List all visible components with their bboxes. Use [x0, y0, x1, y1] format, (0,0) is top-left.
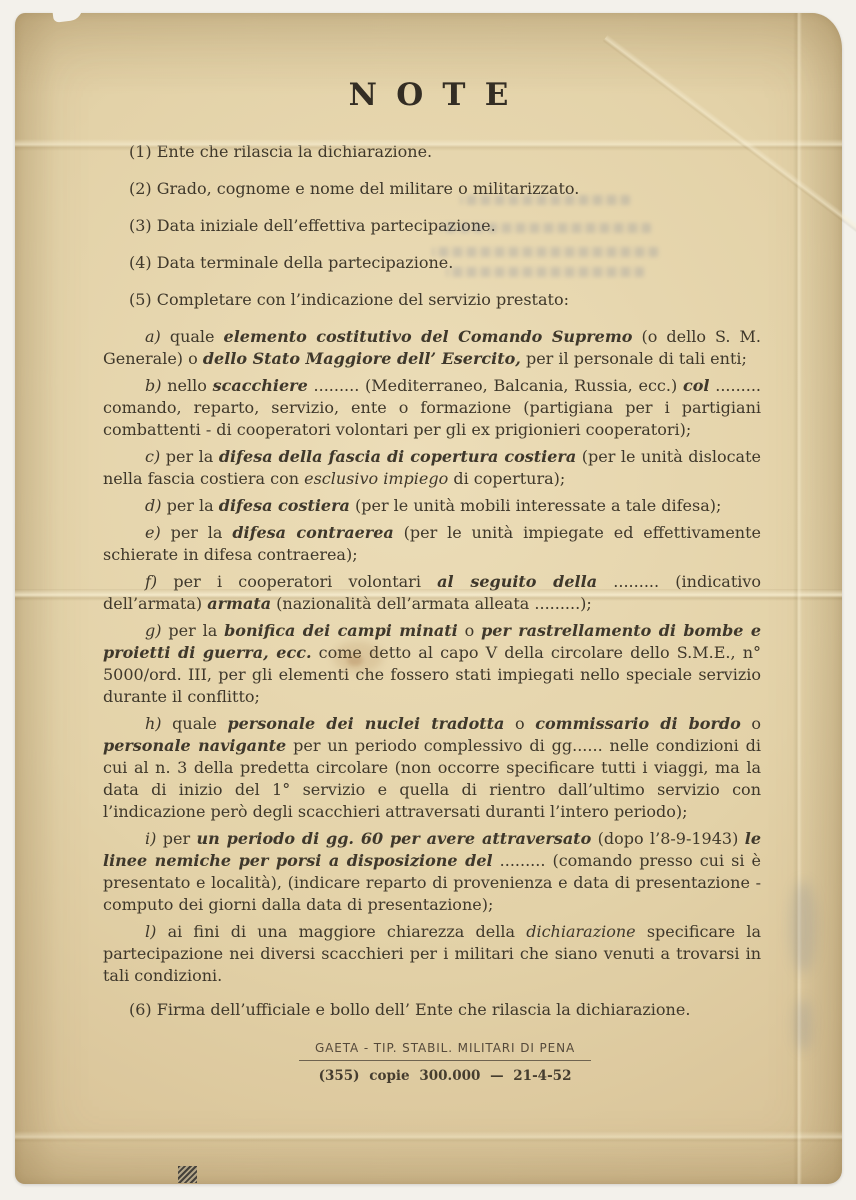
note-item: (4) Data terminale della partecipazione. [103, 252, 761, 274]
note-item: d) per la difesa costiera (per le unità … [103, 495, 761, 517]
note-item: (6) Firma dell’ufficiale e bollo dell’ E… [103, 999, 761, 1021]
note-text-segment: per [163, 829, 197, 848]
note-text-segment: per la [167, 496, 219, 515]
edition-info: (355) copie 300.000 — 21-4-52 [299, 1068, 591, 1084]
note-text-segment: per la [168, 621, 224, 640]
fold-crease [15, 1131, 842, 1143]
note-text-segment: Firma dell’ufficiale e bollo dell’ Ente … [157, 1000, 691, 1019]
note-text-segment: o [458, 621, 481, 640]
note-text-segment: (nazionalità dell’armata alleata .......… [271, 594, 592, 613]
paper-stain [347, 655, 363, 666]
note-label: d) [145, 496, 167, 515]
note-item: (5) Completare con l’indicazione del ser… [103, 289, 761, 311]
note-text-segment: di copertura); [448, 469, 565, 488]
notes-list: (1) Ente che rilascia la dichiarazione.(… [103, 141, 761, 1021]
note-text-segment: un periodo di gg. 60 per avere attravers… [197, 829, 592, 848]
print-footer: GAETA - TIP. STABIL. MILITARI DI PENA (3… [299, 1041, 591, 1084]
note-text-segment: dello Stato Maggiore dell’ Esercito, [203, 349, 521, 368]
printer-imprint: GAETA - TIP. STABIL. MILITARI DI PENA [299, 1041, 591, 1055]
note-label: h) [145, 714, 172, 733]
document-page: NOTE (1) Ente che rilascia la dichiarazi… [15, 13, 842, 1184]
note-text-segment: col [683, 376, 710, 395]
note-item: e) per la difesa contraerea (per le unit… [103, 522, 761, 566]
note-text-segment: personale navigante [103, 736, 286, 755]
fold-crease [793, 13, 802, 1184]
note-item: (2) Grado, cognome e nome del militare o… [103, 178, 761, 200]
note-label: (5) [129, 290, 157, 309]
note-label: (3) [129, 216, 157, 235]
note-text-segment: difesa contraerea [232, 523, 393, 542]
bleedthrough-smudge [794, 999, 812, 1051]
note-text-segment: quale [172, 714, 227, 733]
note-item: (3) Data iniziale dell’effettiva parteci… [103, 215, 761, 237]
note-item: b) nello scacchiere ......... (Mediterra… [103, 375, 761, 441]
note-text-segment: personale dei nuclei tradotta [227, 714, 504, 733]
note-text-segment: quale [170, 327, 224, 346]
note-item: f) per i cooperatori volontari al seguit… [103, 571, 761, 615]
note-text-segment: scacchiere [213, 376, 308, 395]
note-text-segment: (per le unità mobili interessate a tale … [350, 496, 722, 515]
note-text-segment: per la [166, 447, 219, 466]
note-text-segment: commissario di bordo [535, 714, 741, 733]
note-item: i) per un periodo di gg. 60 per avere at… [103, 828, 761, 916]
note-text-segment: al seguito della [437, 572, 597, 591]
note-text-segment: per i cooperatori volontari [173, 572, 437, 591]
note-text-segment: difesa costiera [219, 496, 350, 515]
note-text-segment: Completare con l’indicazione del servizi… [157, 290, 569, 309]
note-text-segment: nello [167, 376, 212, 395]
note-item: g) per la bonifica dei campi minati o pe… [103, 620, 761, 708]
note-label: (2) [129, 179, 157, 198]
note-text-segment: ......... (Mediterraneo, Balcania, Russi… [308, 376, 683, 395]
note-text-segment: esclusivo impiego [304, 469, 448, 488]
note-text-segment: Ente che rilascia la dichiarazione. [157, 142, 432, 161]
footer-divider [299, 1060, 591, 1061]
note-item: (1) Ente che rilascia la dichiarazione. [103, 141, 761, 163]
note-text-segment: elemento costitutivo del Comando Supremo [224, 327, 633, 346]
note-label: (4) [129, 253, 157, 272]
note-text-segment: Data terminale della partecipazione. [157, 253, 454, 272]
note-label: b) [145, 376, 167, 395]
note-text-segment: (dopo l’8-9-1943) [591, 829, 744, 848]
note-text-segment: ai fini di una maggiore chiarezza della [168, 922, 527, 941]
note-text-segment: armata [207, 594, 271, 613]
note-label: (1) [129, 142, 157, 161]
note-text-segment: Grado, cognome e nome del militare o mil… [157, 179, 580, 198]
note-text-segment: dichiarazione [526, 922, 635, 941]
note-text-segment: o [504, 714, 535, 733]
hatch-mark [178, 1166, 197, 1183]
note-item: a) quale elemento costitutivo del Comand… [103, 326, 761, 370]
note-label: l) [145, 922, 168, 941]
note-label: (6) [129, 1000, 157, 1019]
note-item: h) quale personale dei nuclei tradotta o… [103, 713, 761, 823]
note-item: c) per la difesa della fascia di copertu… [103, 446, 761, 490]
note-label: i) [145, 829, 163, 848]
bleedthrough-smudge [790, 881, 816, 973]
note-label: e) [145, 523, 171, 542]
note-text-segment: bonifica dei campi minati [224, 621, 458, 640]
note-text-segment: o [741, 714, 761, 733]
page-title: NOTE [15, 13, 842, 113]
note-label: f) [145, 572, 173, 591]
note-text-segment: per la [171, 523, 233, 542]
note-text-segment: difesa della fascia di copertura costier… [219, 447, 576, 466]
note-text-segment: per il personale di tali enti; [521, 349, 747, 368]
note-item: l) ai fini di una maggiore chiarezza del… [103, 921, 761, 987]
note-label: c) [145, 447, 166, 466]
note-label: g) [145, 621, 168, 640]
note-label: a) [145, 327, 170, 346]
note-text-segment: Data iniziale dell’effettiva partecipazi… [157, 216, 496, 235]
